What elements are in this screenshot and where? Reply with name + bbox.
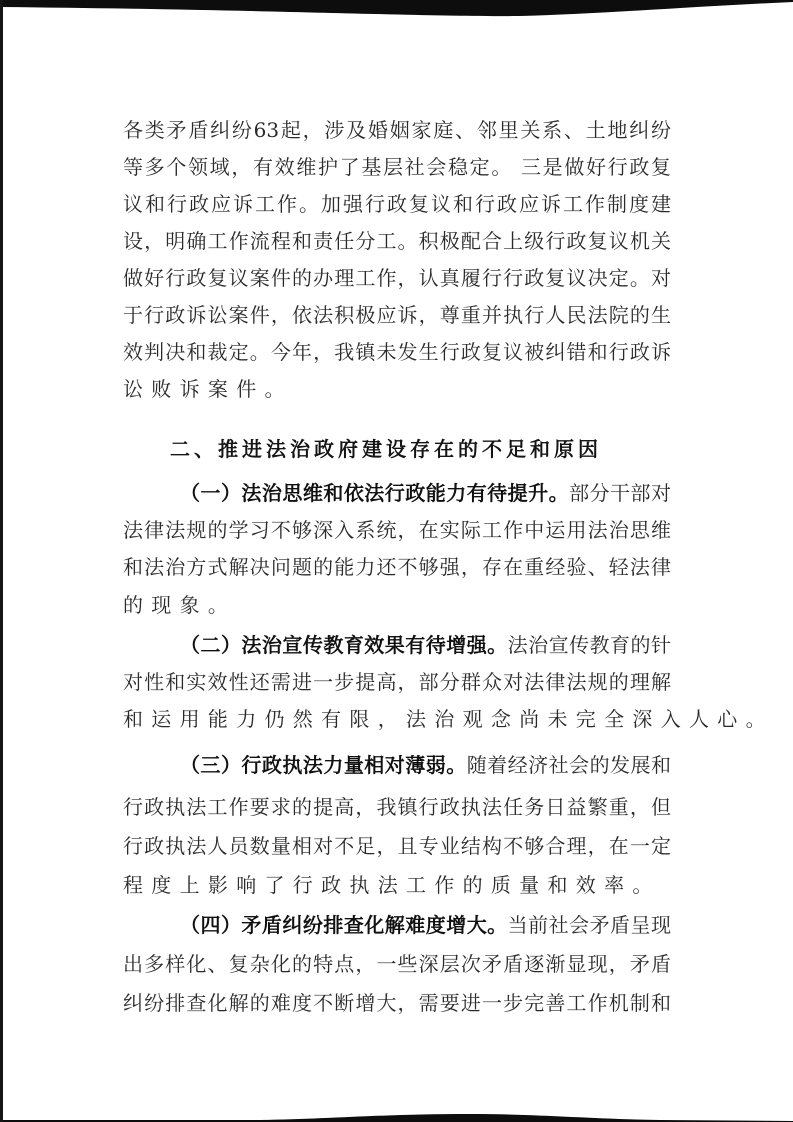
subsection-title: （三）行政执法力量相对薄弱。 — [180, 753, 467, 777]
subsection-title: （二）法治宣传教育效果有待增强。 — [180, 633, 508, 657]
subsection-title: （一）法治思维和依法行政能力有待提升。 — [180, 481, 569, 505]
subsection-first-line: （一）法治思维和依法行政能力有待提升。部分干部对 — [180, 478, 671, 508]
body-line: 设，明确工作流程和责任分工。积极配合上级行政复议机关 — [123, 226, 671, 256]
body-line: 程度上影响了行政执法工作的质量和效率。 — [123, 870, 671, 900]
body-line: 行政执法工作要求的提高，我镇行政执法任务日益繁重，但 — [123, 792, 671, 822]
subsection-first-line: （二）法治宣传教育效果有待增强。法治宣传教育的针 — [180, 630, 671, 660]
body-line: 各类矛盾纠纷63起，涉及婚姻家庭、邻里关系、土地纠纷 — [123, 115, 671, 145]
body-line: 行政执法人员数量相对不足，且专业结构不够合理，在一定 — [123, 831, 671, 861]
section-heading: 二、推进法治政府建设存在的不足和原因 — [170, 434, 602, 464]
body-line: 讼败诉案件。 — [123, 374, 671, 404]
body-line: 等多个领域，有效维护了基层社会稳定。 三是做好行政复 — [123, 152, 671, 182]
subsection-text: 部分干部对 — [569, 481, 671, 505]
body-line: 做好行政复议案件的办理工作，认真履行行政复议决定。对 — [123, 263, 671, 293]
body-line: 和运用能力仍然有限，法治观念尚未完全深入人心。 — [123, 704, 671, 734]
subsection-first-line: （四）矛盾纠纷排查化解难度增大。当前社会矛盾呈现 — [180, 910, 671, 940]
body-line: 的现象。 — [123, 590, 671, 620]
body-line: 效判决和裁定。今年，我镇未发生行政复议被纠错和行政诉 — [123, 337, 671, 367]
body-line: 纠纷排查化解的难度不断增大，需要进一步完善工作机制和 — [123, 988, 671, 1018]
body-line: 和法治方式解决问题的能力还不够强，存在重经验、轻法律 — [123, 552, 671, 582]
body-line: 于行政诉讼案件，依法积极应诉，尊重并执行人民法院的生 — [123, 300, 671, 330]
subsection-text: 法治宣传教育的针 — [508, 633, 671, 657]
subsection-text: 随着经济社会的发展和 — [467, 753, 671, 777]
subsection-text: 当前社会矛盾呈现 — [508, 913, 671, 937]
body-line: 法律法规的学习不够深入系统，在实际工作中运用法治思维 — [123, 515, 671, 545]
document-page: 各类矛盾纠纷63起，涉及婚姻家庭、邻里关系、土地纠纷 等多个领域，有效维护了基层… — [0, 0, 793, 1122]
body-line: 出多样化、复杂化的特点，一些深层次矛盾逐渐显现，矛盾 — [123, 949, 671, 979]
body-line: 议和行政应诉工作。加强行政复议和行政应诉工作制度建 — [123, 189, 671, 219]
subsection-first-line: （三）行政执法力量相对薄弱。随着经济社会的发展和 — [180, 750, 671, 780]
subsection-title: （四）矛盾纠纷排查化解难度增大。 — [180, 913, 508, 937]
body-line: 对性和实效性还需进一步提高，部分群众对法律法规的理解 — [123, 667, 671, 697]
